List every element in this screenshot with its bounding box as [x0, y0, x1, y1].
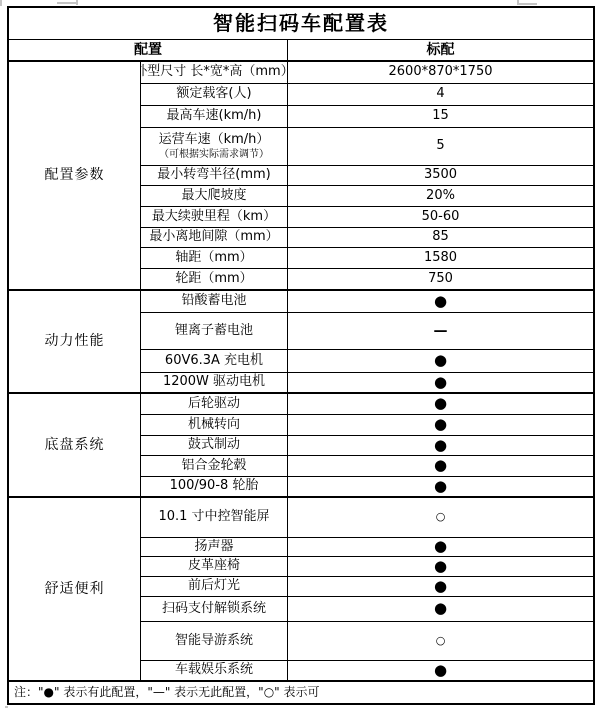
spec-value: 15	[288, 106, 593, 128]
spec-label: 智能导游系统	[141, 622, 288, 661]
spec-value: ●	[288, 477, 593, 498]
page-edge-artifact	[517, 0, 519, 4]
spec-value: ●	[288, 373, 593, 394]
spec-label: 铝合金轮毂	[141, 456, 288, 477]
spec-value: ○	[288, 622, 593, 661]
spec-value: 1580	[288, 248, 593, 269]
spec-label: 10.1 寸中控智能屏	[141, 498, 288, 538]
spec-value: ●	[288, 456, 593, 477]
spec-label: 前后灯光	[141, 577, 288, 597]
spec-label: 扫码支付解锁系统	[141, 597, 288, 622]
spec-label: 轴距（mm）	[141, 248, 288, 269]
spec-value: 20%	[288, 186, 593, 207]
group-cell-parameters: 配置参数	[9, 62, 141, 291]
spec-value: 4	[288, 84, 593, 106]
spec-label: 锂离子蓄电池	[141, 313, 288, 350]
spec-label: 机械转向	[141, 415, 288, 436]
spec-label: 车载娱乐系统	[141, 661, 288, 682]
spec-value: 3500	[288, 166, 593, 186]
col-header-config: 配置	[9, 40, 288, 62]
spec-label: 最小转弯半径(mm)	[141, 166, 288, 186]
spec-label: 轮距（mm）	[141, 269, 288, 291]
spec-value: 750	[288, 269, 593, 291]
spec-value: —	[288, 313, 593, 350]
spec-value: ●	[288, 557, 593, 577]
spec-value: ●	[288, 436, 593, 456]
group-cell-chassis: 底盘系统	[9, 394, 141, 498]
table-title: 智能扫码车配置表	[9, 8, 593, 40]
page-edge-artifact	[0, 0, 2, 6]
group-cell-comfort: 舒适便利	[9, 498, 141, 682]
spec-label: 1200W 驱动电机	[141, 373, 288, 394]
spec-label: 最大爬坡度	[141, 186, 288, 207]
spec-value: ●	[288, 350, 593, 373]
legend-note: 注："●" 表示有此配置，"—" 表示无此配置，"○" 表示可	[9, 682, 593, 703]
spec-table: 智能扫码车配置表 配置 标配 配置参数 外型尺寸 长*宽*高（mm） 2600*…	[7, 6, 595, 705]
group-cell-powertrain: 动力性能	[9, 291, 141, 394]
page-edge-artifact	[57, 2, 77, 4]
spec-label: 最大续驶里程（km）	[141, 207, 288, 228]
spec-value: 5	[288, 128, 593, 166]
spec-label: 运营车速（km/h） （可根据实际需求调节）	[141, 128, 288, 166]
spec-label: 铅酸蓄电池	[141, 291, 288, 313]
spec-value: ●	[288, 415, 593, 436]
spec-label: 最小离地间隙（mm）	[141, 228, 288, 248]
spec-label: 扬声器	[141, 538, 288, 557]
spec-label: 鼓式制动	[141, 436, 288, 456]
spec-label: 额定载客(人)	[141, 84, 288, 106]
spec-value: ○	[288, 498, 593, 538]
page-edge-artifact	[5, 706, 8, 708]
spec-value: ●	[288, 291, 593, 313]
spec-value: 50-60	[288, 207, 593, 228]
page-edge-artifact	[517, 3, 537, 5]
spec-value: 2600*870*1750	[288, 62, 593, 84]
spec-value: ●	[288, 577, 593, 597]
spec-label-main: 运营车速（km/h）	[159, 133, 270, 148]
spec-label: 后轮驱动	[141, 394, 288, 415]
spec-label: 100/90-8 轮胎	[141, 477, 288, 498]
spec-label: 外型尺寸 长*宽*高（mm）	[141, 62, 288, 84]
spec-value: ●	[288, 597, 593, 622]
page-edge-artifact	[76, 0, 78, 5]
spec-value: ●	[288, 538, 593, 557]
spec-value: ●	[288, 394, 593, 415]
spec-label-sub: （可根据实际需求调节）	[159, 149, 269, 161]
spec-value: 85	[288, 228, 593, 248]
spec-label: 皮革座椅	[141, 557, 288, 577]
spec-value: ●	[288, 661, 593, 682]
spec-label: 最高车速(km/h)	[141, 106, 288, 128]
col-header-standard: 标配	[288, 40, 593, 62]
spec-label: 60V6.3A 充电机	[141, 350, 288, 373]
